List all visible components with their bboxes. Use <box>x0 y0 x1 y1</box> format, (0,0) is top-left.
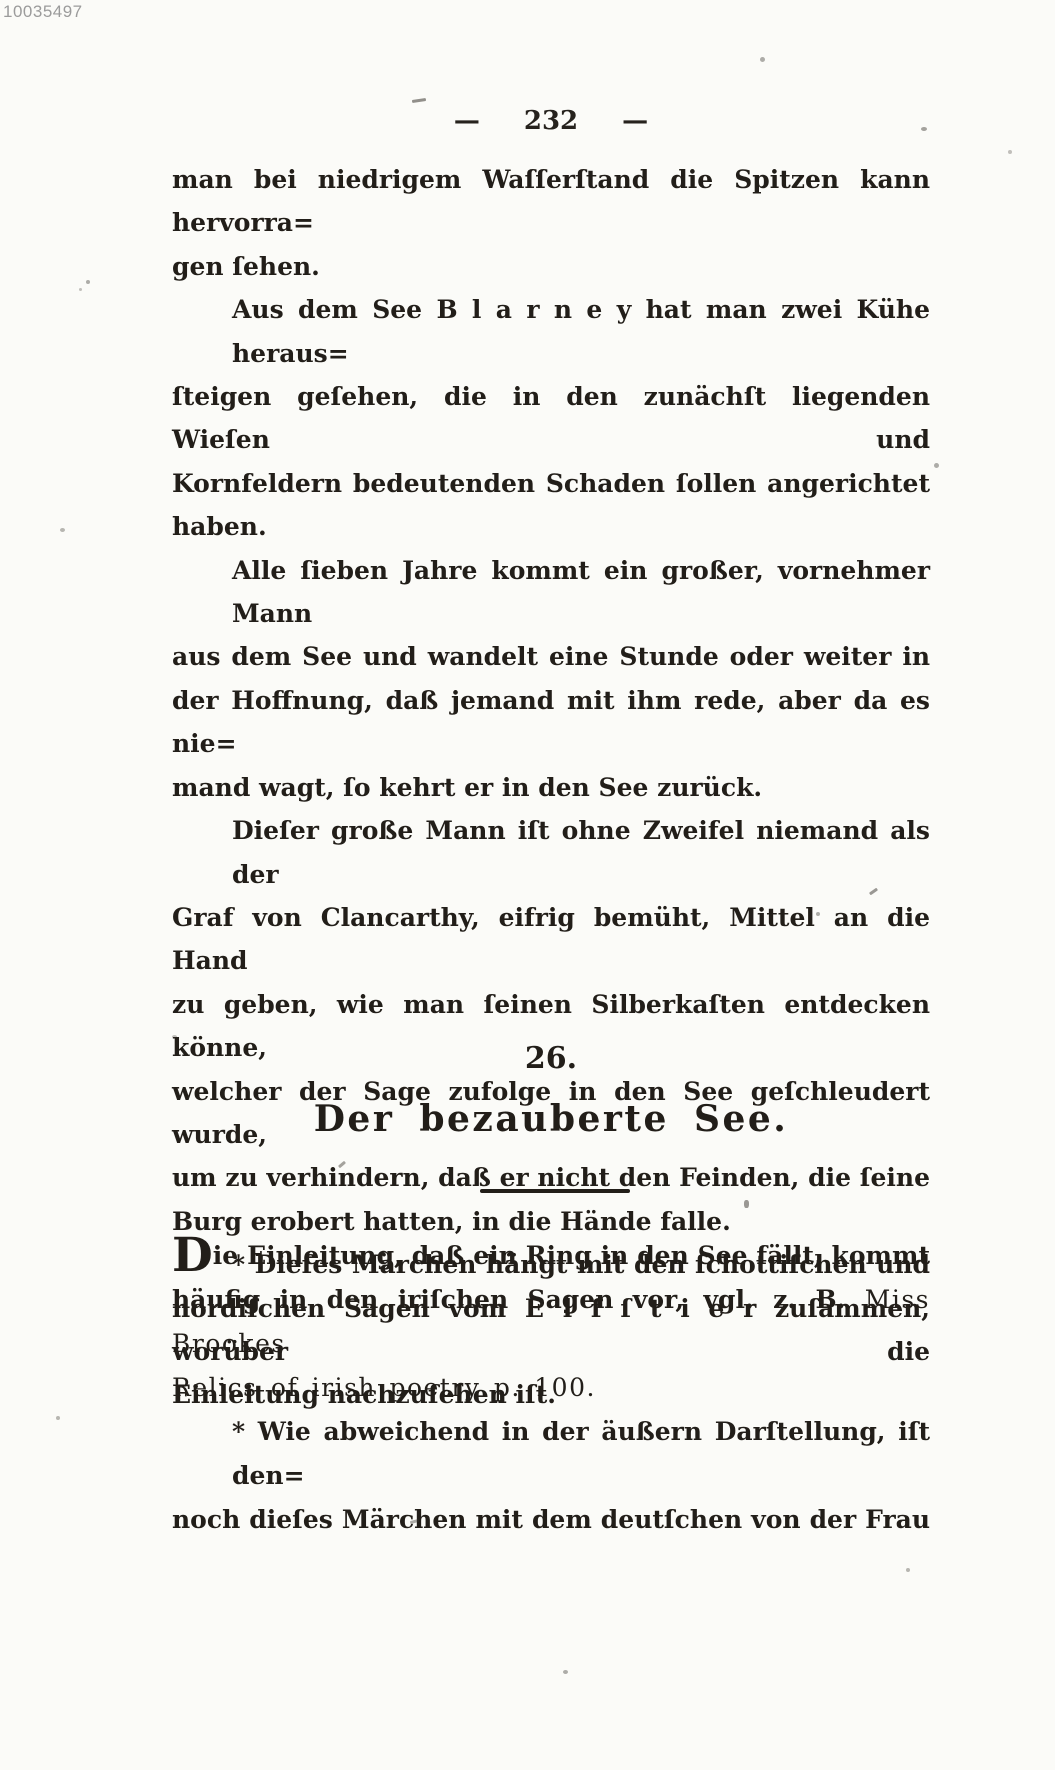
scan-speck <box>79 288 82 291</box>
scan-speck <box>1008 150 1012 154</box>
section-title: Der bezauberte See. <box>172 1098 930 1140</box>
scan-speck <box>56 1416 60 1420</box>
scan-speck <box>60 528 65 532</box>
scan-speck <box>906 1568 910 1572</box>
text-line: mand wagt, ſo kehrt er in den See zurück… <box>172 766 930 809</box>
footnote-line: noch dieſes Märchen mit dem deutſchen vo… <box>172 1498 930 1542</box>
section-number: 26. <box>172 1041 930 1076</box>
footnote-line: * Wie abweichend in der äußern Darſtellu… <box>172 1410 930 1498</box>
page-header: — 232 — <box>172 106 930 136</box>
text-segment-fraktur: häufig in den iriſchen Sagen vor, vgl. z… <box>172 1285 845 1314</box>
scan-speck <box>760 57 765 62</box>
scanned-book-page: 10035497 — 232 — man bei niedrigem Waſſe… <box>0 0 1055 1770</box>
scan-speck <box>412 98 426 103</box>
section-divider-rule <box>480 1189 630 1193</box>
text-line: der Hoffnung, daß jemand mit ihm rede, a… <box>172 679 930 766</box>
drop-cap-initial: D <box>172 1228 213 1283</box>
text-line: Graf von Clancarthy, eifrig bemüht, Mitt… <box>172 896 930 983</box>
text-line: Dieſer große Mann iſt ohne Zweifel niema… <box>172 809 930 896</box>
text-line: Relics of irish poetry p. 100. <box>172 1366 930 1410</box>
scan-speck <box>563 1670 568 1674</box>
text-line-rest: ie Einleitung, daß ein Ring in den See f… <box>213 1241 930 1270</box>
scan-speck <box>744 1200 749 1208</box>
scan-speck <box>921 127 927 131</box>
tale-text-block: Die Einleitung, daß ein Ring in den See … <box>172 1234 930 1542</box>
scan-id-number: 10035497 <box>3 2 83 22</box>
text-line: um zu verhindern, daß er nicht den Feind… <box>172 1156 930 1199</box>
scan-speck <box>816 912 820 916</box>
text-line: aus dem See und wandelt eine Stunde oder… <box>172 635 930 678</box>
scan-speck <box>86 280 90 284</box>
text-line: ſteigen geſehen, die in den zunächſt lie… <box>172 375 930 462</box>
page-number: 232 <box>524 106 578 136</box>
text-line: Alle ſieben Jahre kommt ein großer, vorn… <box>172 549 930 636</box>
text-line: häufig in den iriſchen Sagen vor, vgl. z… <box>172 1278 930 1366</box>
header-left-dash: — <box>454 106 480 136</box>
text-line: gen ſehen. <box>172 245 930 288</box>
scan-speck <box>934 463 939 468</box>
main-text-block: man bei niedrigem Waſſerſtand die Spitze… <box>172 158 930 1417</box>
text-line: Kornfeldern bedeutenden Schaden ſollen a… <box>172 462 930 549</box>
scan-speck <box>172 1035 177 1038</box>
text-line: man bei niedrigem Waſſerſtand die Spitze… <box>172 158 930 245</box>
text-line: Die Einleitung, daß ein Ring in den See … <box>172 1234 930 1278</box>
header-right-dash: — <box>622 106 648 136</box>
text-line: Aus dem See B l a r n e y hat man zwei K… <box>172 288 930 375</box>
